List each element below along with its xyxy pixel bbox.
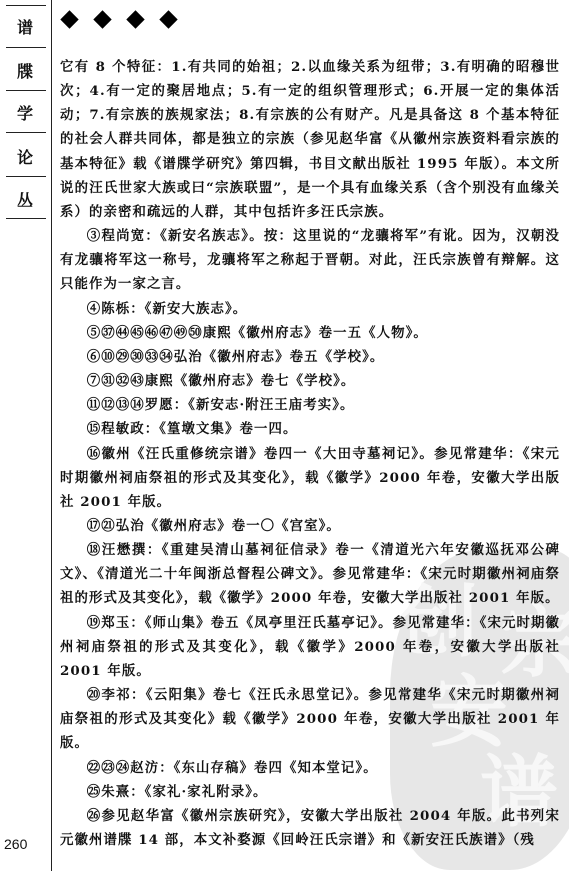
note-26: ㉖参见赵华富《徽州宗族研究》，安徽大学出版社 2004 年版。此书列宋元徽州谱牒… bbox=[60, 804, 560, 852]
paragraph: 它有 8 个特征：1.有共同的始祖；2.以血缘关系为纽带；3.有明确的昭穆世次；… bbox=[60, 55, 560, 224]
diamond-icon bbox=[93, 10, 111, 28]
sidebar-rule bbox=[6, 218, 46, 219]
sidebar-char: 论 bbox=[0, 145, 50, 168]
sidebar-rule bbox=[6, 47, 46, 48]
note-20: ⑳李祁：《云阳集》卷七《汪氏永思堂记》。参见常建华《宋元时期徽州祠庙祭祖的形式及… bbox=[60, 683, 560, 755]
margin-rule bbox=[51, 0, 52, 871]
notes-body: 它有 8 个特征：1.有共同的始祖；2.以血缘关系为纽带；3.有明确的昭穆世次；… bbox=[60, 55, 560, 852]
note-15: ⑮程敏政：《篁墩文集》卷一四。 bbox=[60, 417, 560, 441]
diamond-icon bbox=[126, 10, 144, 28]
sidebar-char: 谱 bbox=[0, 15, 50, 38]
note-22: ㉒㉓㉔赵汸：《东山存稿》卷四《知本堂记》。 bbox=[60, 756, 560, 780]
sidebar-char: 牒 bbox=[0, 59, 50, 82]
note-17: ⑰㉑弘治《徽州府志》卷一〇《宫室》。 bbox=[60, 514, 560, 538]
page-number: 260 bbox=[4, 836, 27, 852]
note-16: ⑯徽州《汪氏重修统宗谱》卷四一《大田寺墓祠记》。参见常建华：《宋元时期徽州祠庙祭… bbox=[60, 442, 560, 514]
sidebar-rule bbox=[6, 5, 46, 6]
note-5: ⑤㊲㊹㊺㊻㊼㊾㊿康熙《徽州府志》卷一五《人物》。 bbox=[60, 321, 560, 345]
header-ornament bbox=[60, 10, 178, 29]
note-6: ⑥⑩㉙㉚㉝㉞弘治《徽州府志》卷五《学校》。 bbox=[60, 345, 560, 369]
sidebar-rule bbox=[6, 90, 46, 91]
sidebar-rule bbox=[6, 132, 46, 133]
note-7: ⑦㉛㉜㊸康熙《徽州府志》卷七《学校》。 bbox=[60, 369, 560, 393]
diamond-icon bbox=[159, 10, 177, 28]
note-18: ⑱汪懋撰：《重建吴清山墓祠征信录》卷一《清道光六年安徽巡抚邓公碑文》、《清道光二… bbox=[60, 538, 560, 610]
sidebar-char: 丛 bbox=[0, 188, 50, 211]
diamond-icon bbox=[60, 10, 78, 28]
note-25: ㉕朱熹：《家礼·家礼附录》。 bbox=[60, 780, 560, 804]
journal-sidebar: 谱 牒 学 论 丛 bbox=[0, 0, 48, 871]
sidebar-char: 学 bbox=[0, 101, 50, 124]
sidebar-rule bbox=[6, 176, 46, 177]
note-4: ④陈栎：《新安大族志》。 bbox=[60, 297, 560, 321]
note-11: ⑪⑫⑬⑭罗愿：《新安志·附汪王庙考实》。 bbox=[60, 393, 560, 417]
note-3: ③程尚宽：《新安名族志》。按：这里说的“龙骧将军”有讹。因为，汉朝没有龙骧将军这… bbox=[60, 224, 560, 296]
note-19: ⑲郑玉：《师山集》卷五《凤亭里汪氏墓亭记》。参见常建华：《宋元时期徽州祠庙祭祖的… bbox=[60, 611, 560, 683]
